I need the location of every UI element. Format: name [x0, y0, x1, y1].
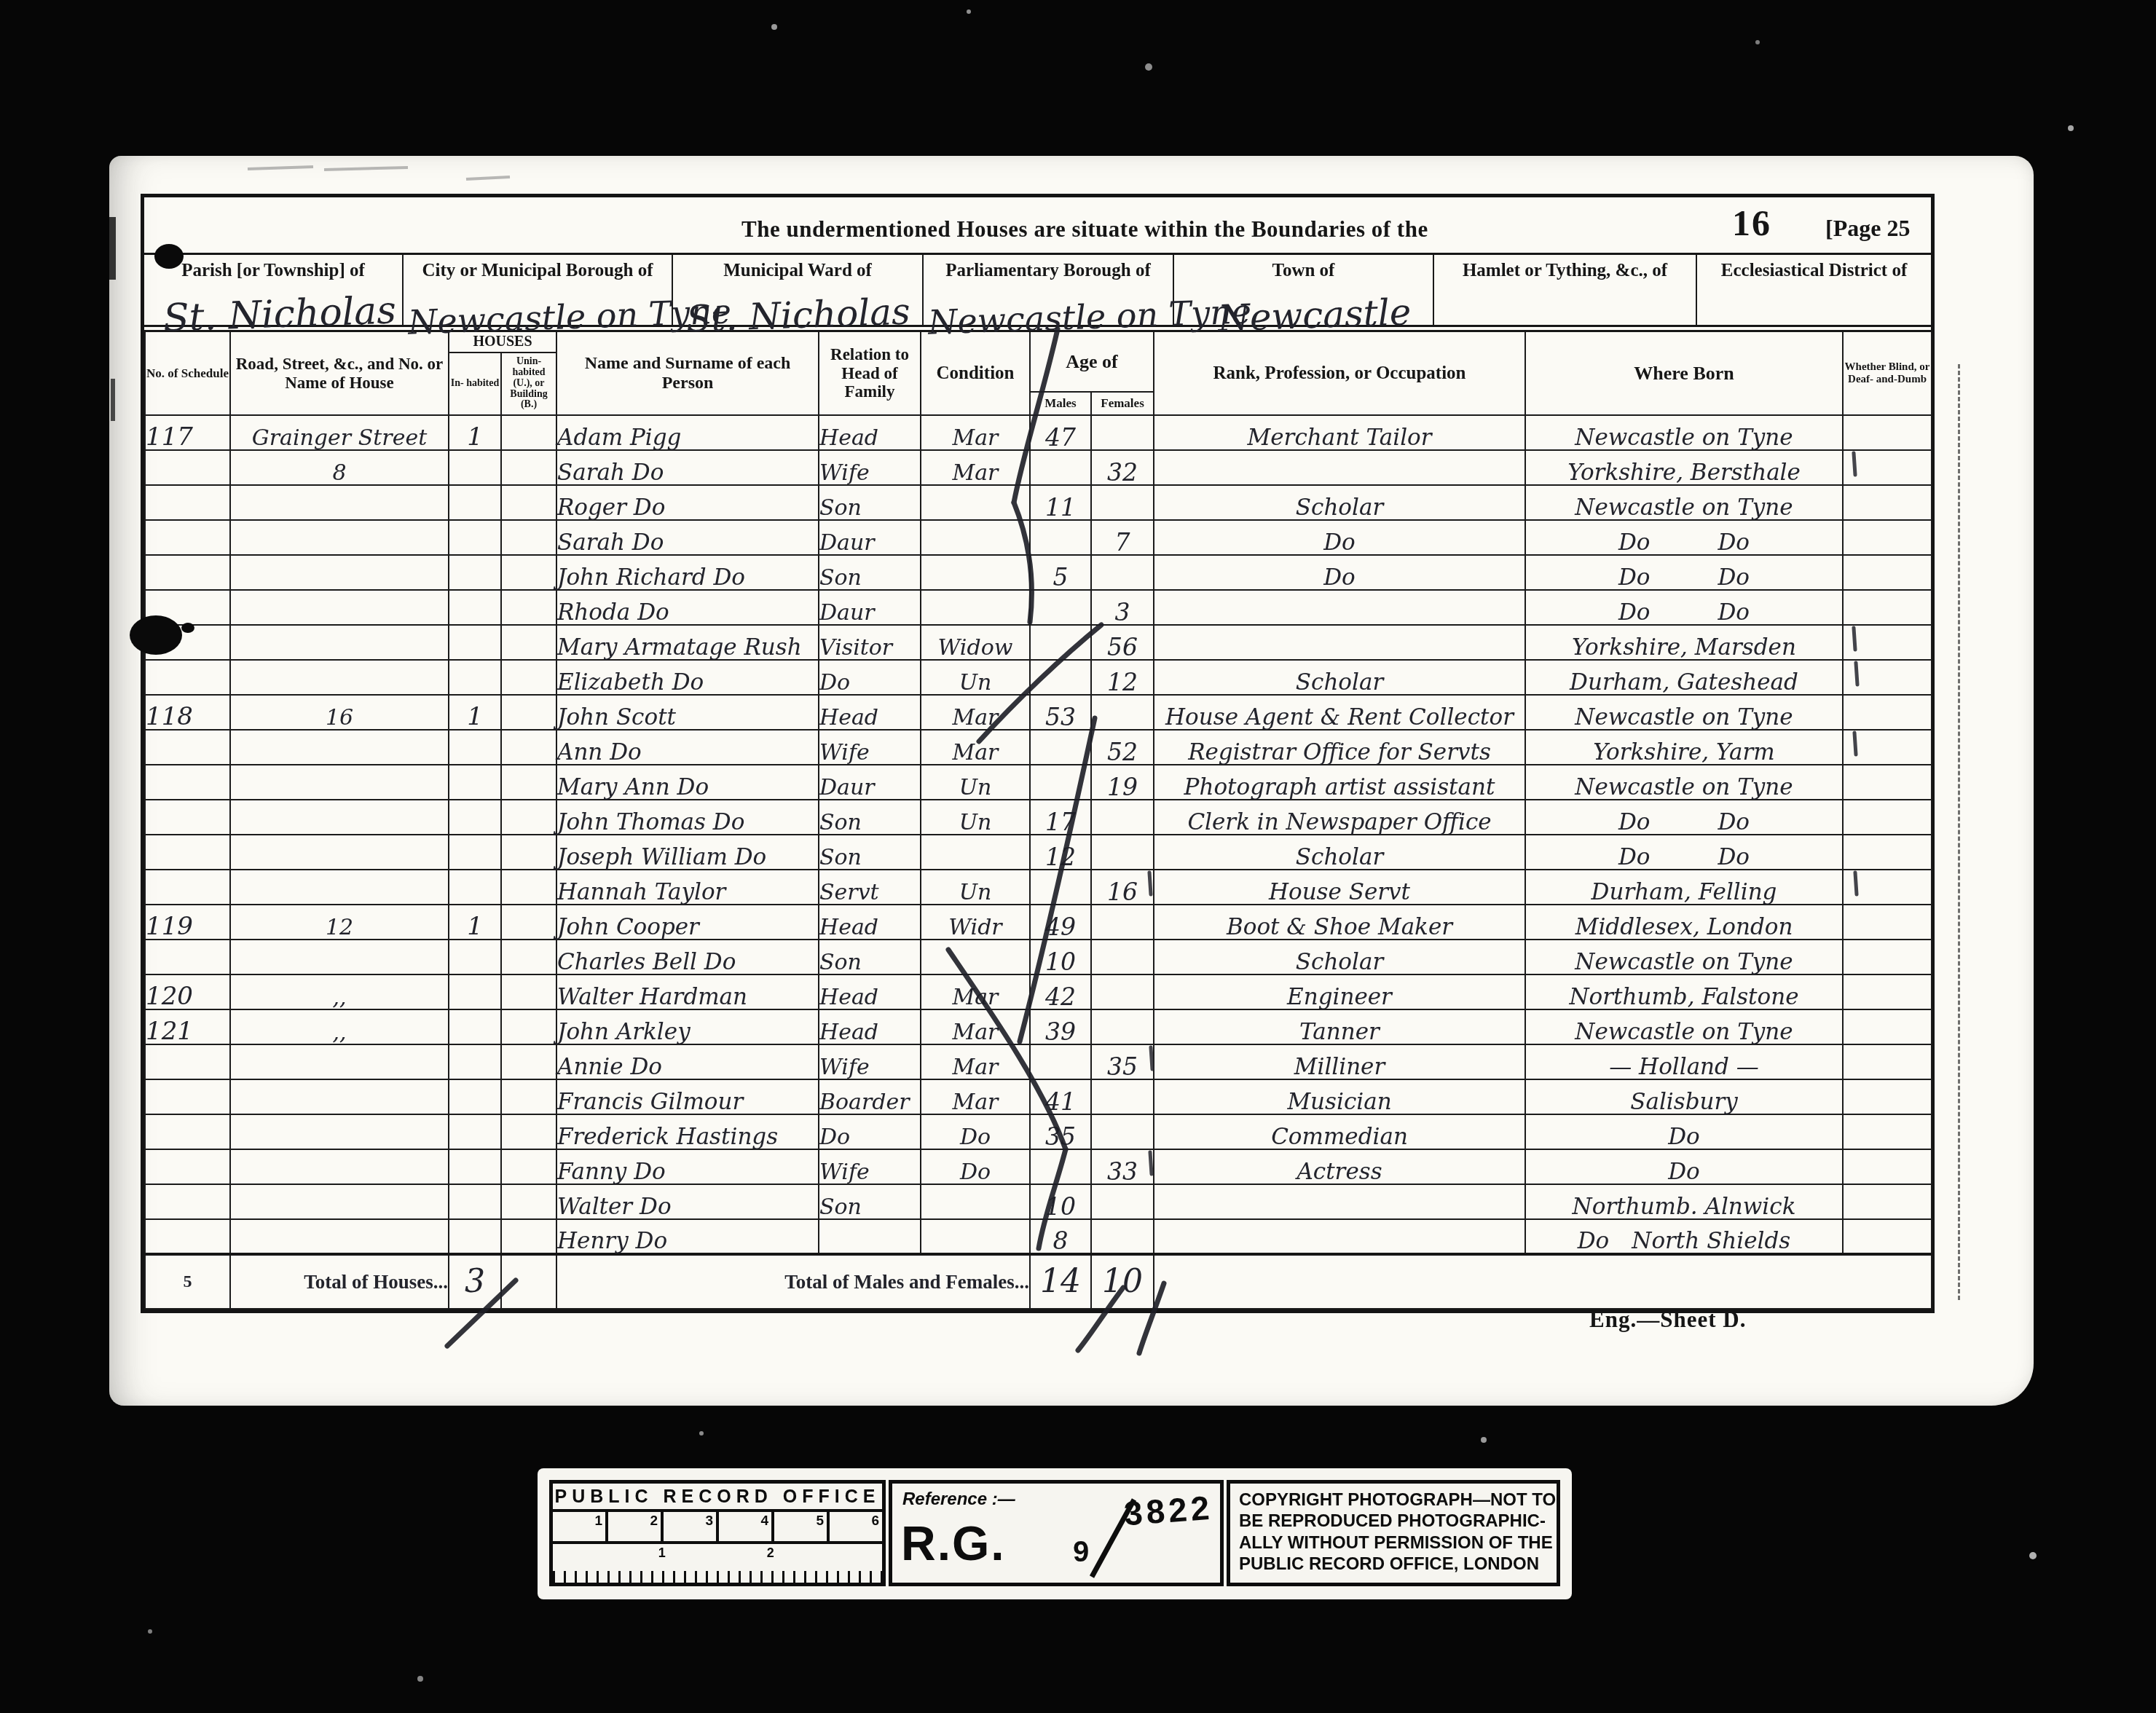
table-row: 120,,Walter HardmanHeadMar42EngineerNort… — [145, 974, 1932, 1009]
cell-name: Mary Ann Do — [556, 765, 819, 800]
cell-schedule: 119 — [145, 905, 230, 940]
cell-born: Northumb, Falstone — [1525, 974, 1843, 1009]
cell-relation: Do — [819, 660, 921, 695]
copyright-box: COPYRIGHT PHOTOGRAPH—NOT TO BE REPRODUCE… — [1227, 1480, 1560, 1586]
cell-female: 52 — [1091, 730, 1154, 765]
cell-inhab: 1 — [449, 905, 501, 940]
cell-uninhab — [501, 1184, 556, 1219]
cell-female — [1091, 415, 1154, 450]
cell-relation: Head — [819, 415, 921, 450]
cell-male: 17 — [1030, 800, 1091, 835]
total-males-value-handwritten: 14 — [1030, 1254, 1091, 1309]
cell-blind — [1843, 450, 1932, 485]
district-value-handwritten: St. Nicholas — [685, 291, 910, 341]
cell-condition: Mar — [921, 974, 1030, 1009]
table-row: Sarah DoDaur7DoDo Do — [145, 520, 1932, 555]
table-row: 8Sarah DoWifeMar32Yorkshire, Bersthale — [145, 450, 1932, 485]
cell-condition: Mar — [921, 1044, 1030, 1079]
district-label: Parliamentary Borough of — [945, 255, 1150, 282]
district-label: Hamlet or Tything, &c., of — [1463, 255, 1667, 282]
cell-female — [1091, 1009, 1154, 1044]
cell-name: Ann Do — [556, 730, 819, 765]
cell-road — [230, 520, 449, 555]
pro-ruler-box: PUBLIC RECORD OFFICE 1 2 3 4 5 6 1 2 — [549, 1480, 886, 1586]
cell-relation: Son — [819, 835, 921, 870]
cell-condition: Mar — [921, 730, 1030, 765]
cell-rank: Photograph artist assistant — [1154, 765, 1525, 800]
cell-blind — [1843, 415, 1932, 450]
copyright-line: BE REPRODUCED PHOTOGRAPHIC- — [1239, 1511, 1548, 1532]
sheet-footer-note: Eng.—Sheet D. — [1589, 1307, 1746, 1333]
cell-male: 12 — [1030, 835, 1091, 870]
col-header-relation: Relation to Head of Family — [819, 331, 921, 416]
cell-blind — [1843, 520, 1932, 555]
cell-female — [1091, 555, 1154, 590]
cell-male: 47 — [1030, 415, 1091, 450]
reference-label: Reference :— — [902, 1489, 1015, 1510]
totals-row: 5 Total of Houses... 3 Total of Males an… — [145, 1254, 1932, 1309]
cell-rank — [1154, 625, 1525, 660]
cell-schedule — [145, 730, 230, 765]
cell-female — [1091, 1114, 1154, 1149]
cell-relation — [819, 1219, 921, 1254]
cell-female: 32 — [1091, 450, 1154, 485]
cell-name: John Arkley — [556, 1009, 819, 1044]
cell-rank: Boot & Shoe Maker — [1154, 905, 1525, 940]
top-band: The undermentioned Houses are situate wi… — [144, 197, 1931, 255]
cell-name: Joseph William Do — [556, 835, 819, 870]
cell-blind — [1843, 1219, 1932, 1254]
cell-inhab — [449, 940, 501, 974]
cell-schedule — [145, 1184, 230, 1219]
cell-born: Salisbury — [1525, 1079, 1843, 1114]
reference-series: R.G. — [901, 1516, 1006, 1571]
cell-blind — [1843, 730, 1932, 765]
cell-born: Do North Shields — [1525, 1219, 1843, 1254]
cell-name: John Cooper — [556, 905, 819, 940]
cell-road: 16 — [230, 695, 449, 730]
col-header-age: Age of Males Females — [1030, 331, 1154, 416]
cell-rank: Scholar — [1154, 660, 1525, 695]
cell-condition — [921, 520, 1030, 555]
cell-female: 19 — [1091, 765, 1154, 800]
census-table-frame: The undermentioned Houses are situate wi… — [141, 194, 1935, 1313]
cell-name: Mary Armatage Rush — [556, 625, 819, 660]
cell-inhab — [449, 1219, 501, 1254]
table-row: 118161John ScottHeadMar53House Agent & R… — [145, 695, 1932, 730]
age-group-title: Age of — [1031, 332, 1153, 391]
cell-condition — [921, 590, 1030, 625]
cell-male — [1030, 730, 1091, 765]
cell-schedule — [145, 660, 230, 695]
cell-inhab — [449, 485, 501, 520]
table-row: Walter DoSon10Northumb. Alnwick — [145, 1184, 1932, 1219]
cell-schedule: 121 — [145, 1009, 230, 1044]
col-header-rank: Rank, Profession, or Occupation — [1154, 331, 1525, 416]
cell-condition — [921, 1219, 1030, 1254]
cell-name: John Richard Do — [556, 555, 819, 590]
cell-road — [230, 1149, 449, 1184]
cell-name: Roger Do — [556, 485, 819, 520]
cell-female — [1091, 1184, 1154, 1219]
cell-uninhab — [501, 1114, 556, 1149]
cell-rank: Scholar — [1154, 940, 1525, 974]
cell-road — [230, 625, 449, 660]
cell-female — [1091, 905, 1154, 940]
cell-inhab — [449, 555, 501, 590]
cell-uninhab — [501, 415, 556, 450]
cell-rank: Registrar Office for Servts — [1154, 730, 1525, 765]
cell-condition: Do — [921, 1149, 1030, 1184]
cell-relation: Servt — [819, 870, 921, 905]
cell-inhab — [449, 835, 501, 870]
reference-box: Reference :— R.G. 9 3822 — [889, 1480, 1224, 1586]
cell-condition: Un — [921, 660, 1030, 695]
cell-female: 33 — [1091, 1149, 1154, 1184]
cell-schedule — [145, 835, 230, 870]
cell-rank — [1154, 1184, 1525, 1219]
cell-relation: Son — [819, 555, 921, 590]
cell-male: 8 — [1030, 1219, 1091, 1254]
cell-female — [1091, 835, 1154, 870]
cell-blind — [1843, 625, 1932, 660]
table-row: Frederick HastingsDoDo35CommedianDo — [145, 1114, 1932, 1149]
cell-schedule — [145, 1149, 230, 1184]
cell-road — [230, 485, 449, 520]
cell-relation: Boarder — [819, 1079, 921, 1114]
cell-relation: Wife — [819, 730, 921, 765]
district-label: Parish [or Township] of — [181, 255, 365, 282]
cell-schedule — [145, 1114, 230, 1149]
cell-rank: Milliner — [1154, 1044, 1525, 1079]
cell-relation: Son — [819, 1184, 921, 1219]
cell-name: Rhoda Do — [556, 590, 819, 625]
cell-blind — [1843, 800, 1932, 835]
reference-piece: 9 — [1073, 1536, 1089, 1569]
cell-uninhab — [501, 450, 556, 485]
cell-blind — [1843, 940, 1932, 974]
cell-schedule — [145, 765, 230, 800]
cell-name: Walter Do — [556, 1184, 819, 1219]
cell-name: Sarah Do — [556, 450, 819, 485]
district-cell-borough: City or Municipal Borough of Newcastle o… — [404, 255, 673, 325]
cell-born: Durham, Gateshead — [1525, 660, 1843, 695]
cell-uninhab — [501, 765, 556, 800]
total-houses-label: Total of Houses... — [230, 1254, 449, 1309]
cell-rank: Scholar — [1154, 485, 1525, 520]
cell-condition: Widr — [921, 905, 1030, 940]
cell-name: Frederick Hastings — [556, 1114, 819, 1149]
cell-relation: Wife — [819, 450, 921, 485]
cell-name: Henry Do — [556, 1219, 819, 1254]
page-fold-line — [1958, 364, 1960, 1300]
table-row: Francis GilmourBoarderMar41MusicianSalis… — [145, 1079, 1932, 1114]
cell-born: Do Do — [1525, 590, 1843, 625]
cell-name: Fanny Do — [556, 1149, 819, 1184]
district-label: Town of — [1272, 255, 1335, 282]
table-row: Mary Ann DoDaurUn19Photograph artist ass… — [145, 765, 1932, 800]
col-header-born: Where Born — [1525, 331, 1843, 416]
cell-road — [230, 765, 449, 800]
cell-male: 10 — [1030, 1184, 1091, 1219]
cell-uninhab — [501, 660, 556, 695]
table-row: Joseph William DoSon12ScholarDo Do — [145, 835, 1932, 870]
cell-uninhab — [501, 485, 556, 520]
cell-schedule — [145, 555, 230, 590]
column-header-row: No. of Schedule Road, Street, &c., and N… — [145, 331, 1932, 416]
cell-born: Do Do — [1525, 835, 1843, 870]
cell-road — [230, 1079, 449, 1114]
cell-blind — [1843, 555, 1932, 590]
table-row: Mary Armatage RushVisitorWidow56Yorkshir… — [145, 625, 1932, 660]
cell-male — [1030, 520, 1091, 555]
cell-schedule: 118 — [145, 695, 230, 730]
cell-male: 53 — [1030, 695, 1091, 730]
cell-name: Hannah Taylor — [556, 870, 819, 905]
cell-female — [1091, 695, 1154, 730]
cell-born: Do Do — [1525, 800, 1843, 835]
cell-born: Newcastle on Tyne — [1525, 765, 1843, 800]
district-value-handwritten: St. Nicholas — [162, 288, 397, 340]
folio-number: 16 — [1732, 202, 1771, 244]
cell-male — [1030, 765, 1091, 800]
totals-row-number: 5 — [145, 1254, 230, 1309]
cell-schedule — [145, 870, 230, 905]
cell-inhab — [449, 870, 501, 905]
cell-male: 39 — [1030, 1009, 1091, 1044]
cell-schedule: 117 — [145, 415, 230, 450]
cell-inhab — [449, 1114, 501, 1149]
table-row: Fanny DoWifeDo33ActressDo — [145, 1149, 1932, 1184]
cell-inhab — [449, 1079, 501, 1114]
cell-schedule — [145, 1219, 230, 1254]
cell-blind — [1843, 835, 1932, 870]
cell-rank: Do — [1154, 555, 1525, 590]
col-header-road: Road, Street, &c., and No. or Name of Ho… — [230, 331, 449, 416]
cell-road — [230, 870, 449, 905]
cell-inhab: 1 — [449, 415, 501, 450]
cell-relation: Do — [819, 1114, 921, 1149]
cell-road — [230, 1219, 449, 1254]
district-label: Ecclesiastical District of — [1721, 255, 1907, 282]
cell-uninhab — [501, 940, 556, 974]
cell-road — [230, 660, 449, 695]
cell-male: 35 — [1030, 1114, 1091, 1149]
table-row: 119121John CooperHeadWidr49Boot & Shoe M… — [145, 905, 1932, 940]
cell-born: Yorkshire, Bersthale — [1525, 450, 1843, 485]
cell-male — [1030, 1149, 1091, 1184]
cell-name: Sarah Do — [556, 520, 819, 555]
cell-uninhab — [501, 1219, 556, 1254]
cell-condition — [921, 1184, 1030, 1219]
cell-male: 42 — [1030, 974, 1091, 1009]
cell-rank: Merchant Tailor — [1154, 415, 1525, 450]
cell-relation: Son — [819, 800, 921, 835]
cell-blind — [1843, 1184, 1932, 1219]
cell-blind — [1843, 1079, 1932, 1114]
table-row: Charles Bell DoSon10ScholarNewcastle on … — [145, 940, 1932, 974]
cell-female — [1091, 800, 1154, 835]
cell-relation: Daur — [819, 765, 921, 800]
cell-road: ,, — [230, 1009, 449, 1044]
cell-blind — [1843, 1114, 1932, 1149]
ruler-inch-segment: 3 — [664, 1512, 719, 1541]
cell-name: John Scott — [556, 695, 819, 730]
cell-relation: Head — [819, 974, 921, 1009]
total-males-females-label: Total of Males and Females... — [556, 1254, 1030, 1309]
cell-rank: Commedian — [1154, 1114, 1525, 1149]
cell-relation: Head — [819, 905, 921, 940]
cell-uninhab — [501, 1079, 556, 1114]
cell-male — [1030, 870, 1091, 905]
cell-uninhab — [501, 555, 556, 590]
cell-condition: Un — [921, 765, 1030, 800]
ruler-centimetres: 1 2 — [553, 1544, 882, 1583]
cell-male: 10 — [1030, 940, 1091, 974]
cell-female — [1091, 485, 1154, 520]
cell-schedule — [145, 1079, 230, 1114]
cell-condition: Mar — [921, 1009, 1030, 1044]
table-row: Elizabeth DoDoUn12ScholarDurham, Gateshe… — [145, 660, 1932, 695]
cell-road — [230, 590, 449, 625]
cell-relation: Visitor — [819, 625, 921, 660]
cell-male: 41 — [1030, 1079, 1091, 1114]
cell-road: 8 — [230, 450, 449, 485]
ruler-inch-segment: 2 — [608, 1512, 664, 1541]
table-row: 117Grainger Street1Adam PiggHeadMar47Mer… — [145, 415, 1932, 450]
cell-blind — [1843, 1009, 1932, 1044]
cell-name: Francis Gilmour — [556, 1079, 819, 1114]
cell-male: 11 — [1030, 485, 1091, 520]
cell-female — [1091, 940, 1154, 974]
district-label: Municipal Ward of — [723, 255, 872, 282]
cell-born: Durham, Felling — [1525, 870, 1843, 905]
reference-number: 3822 — [1122, 1488, 1214, 1533]
cell-road — [230, 835, 449, 870]
cell-schedule — [145, 450, 230, 485]
cell-born: Newcastle on Tyne — [1525, 940, 1843, 974]
col-header-males: Males — [1031, 393, 1092, 414]
cell-uninhab — [501, 800, 556, 835]
cell-uninhab — [501, 520, 556, 555]
census-rows: 117Grainger Street1Adam PiggHeadMar47Mer… — [145, 415, 1932, 1254]
cell-inhab — [449, 625, 501, 660]
table-row: Annie DoWifeMar35Milliner— Holland — — [145, 1044, 1932, 1079]
cell-born: Do — [1525, 1114, 1843, 1149]
cell-blind — [1843, 870, 1932, 905]
cell-name: Walter Hardman — [556, 974, 819, 1009]
cell-condition: Widow — [921, 625, 1030, 660]
table-row: Rhoda DoDaur3Do Do — [145, 590, 1932, 625]
col-header-houses: HOUSES In- habited Unin- habited (U.), o… — [449, 331, 556, 416]
cell-rank: Scholar — [1154, 835, 1525, 870]
table-row: John Richard DoSon5DoDo Do — [145, 555, 1932, 590]
cell-inhab — [449, 730, 501, 765]
empty-cell — [501, 1254, 556, 1309]
cell-female: 16 — [1091, 870, 1154, 905]
cell-born: — Holland — — [1525, 1044, 1843, 1079]
cell-condition: Un — [921, 870, 1030, 905]
cell-road: Grainger Street — [230, 415, 449, 450]
cell-blind — [1843, 590, 1932, 625]
cell-relation: Head — [819, 1009, 921, 1044]
cell-born: Middlesex, London — [1525, 905, 1843, 940]
cell-blind — [1843, 1149, 1932, 1184]
cell-inhab — [449, 590, 501, 625]
cell-female: 3 — [1091, 590, 1154, 625]
cell-condition: Mar — [921, 450, 1030, 485]
cell-road: 12 — [230, 905, 449, 940]
district-value-handwritten: Newcastle — [1217, 291, 1412, 339]
ruler-inch-segment: 6 — [830, 1512, 882, 1541]
cell-inhab — [449, 974, 501, 1009]
col-header-inhabited: In- habited — [449, 353, 502, 414]
cell-uninhab — [501, 1044, 556, 1079]
cell-condition: Do — [921, 1114, 1030, 1149]
cell-condition: Mar — [921, 415, 1030, 450]
cell-road — [230, 1184, 449, 1219]
pro-office-title: PUBLIC RECORD OFFICE — [553, 1484, 882, 1509]
district-cell-hamlet: Hamlet or Tything, &c., of — [1434, 255, 1697, 325]
ruler-inch-segment: 1 — [553, 1512, 608, 1541]
cell-born: Do Do — [1525, 520, 1843, 555]
cell-male — [1030, 590, 1091, 625]
cell-male: 49 — [1030, 905, 1091, 940]
cell-uninhab — [501, 870, 556, 905]
cell-uninhab — [501, 730, 556, 765]
district-cell-ecclesiastical: Ecclesiastical District of — [1697, 255, 1931, 325]
cell-uninhab — [501, 625, 556, 660]
page-number: [Page 25 — [1825, 215, 1910, 242]
cell-male — [1030, 1044, 1091, 1079]
cell-female — [1091, 974, 1154, 1009]
ruler-inch-segment: 4 — [719, 1512, 774, 1541]
total-houses-value-handwritten: 3 — [449, 1254, 501, 1309]
cell-name: Charles Bell Do — [556, 940, 819, 974]
cell-name: Annie Do — [556, 1044, 819, 1079]
cell-uninhab — [501, 1149, 556, 1184]
cell-born: Yorkshire, Yarm — [1525, 730, 1843, 765]
ruler-cm-label: 2 — [767, 1545, 774, 1561]
cell-road — [230, 1114, 449, 1149]
total-females-value-handwritten: 10 — [1091, 1254, 1154, 1309]
table-row: Hannah TaylorServtUn16House ServtDurham,… — [145, 870, 1932, 905]
ruler-inch-segment: 5 — [774, 1512, 830, 1541]
cell-rank: Actress — [1154, 1149, 1525, 1184]
cell-rank: Musician — [1154, 1079, 1525, 1114]
cell-blind — [1843, 765, 1932, 800]
cell-born: Newcastle on Tyne — [1525, 485, 1843, 520]
district-cell-parish: Parish [or Township] of St. Nicholas — [144, 255, 404, 325]
cell-schedule — [145, 625, 230, 660]
cell-condition: Un — [921, 800, 1030, 835]
cell-rank: Engineer — [1154, 974, 1525, 1009]
cell-uninhab — [501, 974, 556, 1009]
cell-blind — [1843, 905, 1932, 940]
cell-inhab: 1 — [449, 695, 501, 730]
cell-blind — [1843, 660, 1932, 695]
cell-rank: Tanner — [1154, 1009, 1525, 1044]
cell-male — [1030, 450, 1091, 485]
census-table: No. of Schedule Road, Street, &c., and N… — [144, 330, 1932, 1310]
situate-note: The undermentioned Houses are situate wi… — [741, 216, 1428, 243]
district-label: City or Municipal Borough of — [422, 255, 653, 282]
cell-female: 56 — [1091, 625, 1154, 660]
cell-road — [230, 730, 449, 765]
cell-born: Newcastle on Tyne — [1525, 1009, 1843, 1044]
cell-uninhab — [501, 1009, 556, 1044]
cell-road — [230, 555, 449, 590]
